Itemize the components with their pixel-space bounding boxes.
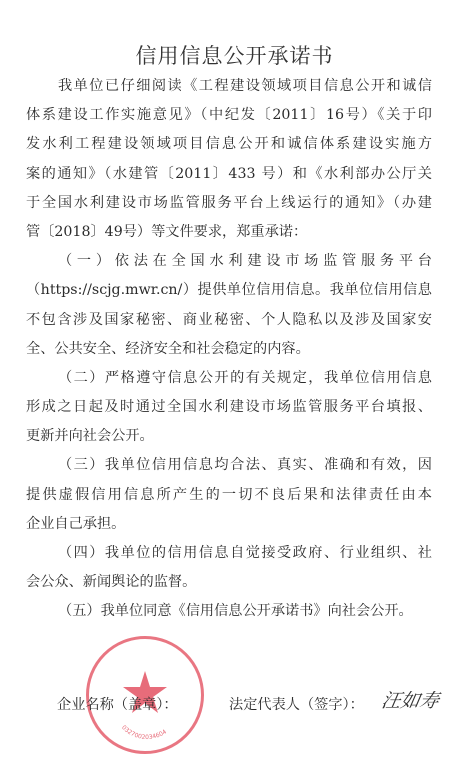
document-line: 管〔2018〕49号）等文件要求，郑重承诺：: [26, 218, 432, 247]
handwritten-signature: 汪如寿: [380, 686, 442, 713]
document-body: 我单位已仔细阅读《工程建设领域项目信息公开和诚信体系建设工作实施意见》（中纪发〔…: [26, 72, 432, 627]
signature-row: 企业名称（盖章）： 法定代表人（签字）：: [57, 694, 178, 714]
document-line: （二）严格遵守信息公开的有关规定，我单位信用信息: [26, 364, 432, 393]
document-line: （三）我单位信用信息均合法、真实、准确和有效，因: [26, 451, 432, 480]
legal-representative-label: 法定代表人（签字）：: [229, 694, 364, 714]
document-line: 发水利工程建设领域项目信息公开和诚信体系建设实施方: [26, 130, 432, 159]
document-line: 全、公共安全、经济安全和社会稳定的内容。: [26, 335, 432, 364]
document-line: （五）我单位同意《信用信息公开承诺书》向社会公开。: [26, 597, 432, 626]
document-line: 会公众、新闻舆论的监督。: [26, 568, 432, 597]
document-line: 企业自己承担。: [26, 510, 432, 539]
document-title: 信用信息公开承诺书: [0, 40, 469, 70]
document-line: 于全国水利建设市场监管服务平台上线运行的通知》（办建: [26, 189, 432, 218]
document-line: 不包含涉及国家秘密、商业秘密、个人隐私以及涉及国家安: [26, 306, 432, 335]
document-line: （https://scjg.mwr.cn/）提供单位信用信息。我单位信用信息: [26, 276, 432, 305]
document-line: 更新并向社会公开。: [26, 422, 432, 451]
document-line: （一）依法在全国水利建设市场监管服务平台: [26, 247, 432, 276]
document-line: 我单位已仔细阅读《工程建设领域项目信息公开和诚信: [26, 72, 432, 101]
document-line: 提供虚假信用信息所产生的一切不良后果和法律责任由本: [26, 481, 432, 510]
svg-text:0327002034604: 0327002034604: [120, 724, 168, 741]
document-line: 案的通知》（水建管〔2011〕433 号）和《水利部办公厅关: [26, 160, 432, 189]
document-line: （四）我单位的信用信息自觉接受政府、行业组织、社: [26, 539, 432, 568]
company-name-label: 企业名称（盖章）：: [57, 697, 178, 713]
document-line: 体系建设工作实施意见》（中纪发〔2011〕16号）《关于印: [26, 101, 432, 130]
document-line: 形成之日起及时通过全国水利建设市场监管服务平台填报、: [26, 393, 432, 422]
